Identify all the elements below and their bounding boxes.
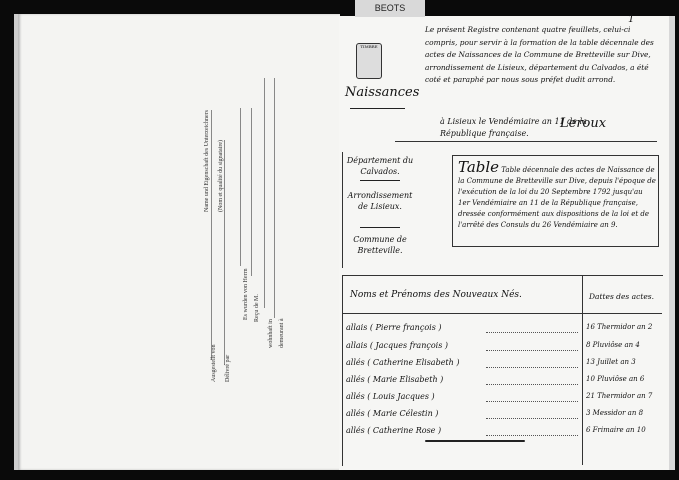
column-header-names: Noms et Prénoms des Nouveaux Nés. [350, 290, 522, 300]
leader-dots [486, 341, 578, 351]
form-line [274, 78, 275, 318]
row-name: allés ( Catherine Rose ) [346, 426, 441, 435]
form-label: demeurant à [279, 319, 285, 348]
departement-label: Département du Calvados. [346, 155, 414, 177]
table-header-text: Table Table décennale des actes de Naiss… [458, 162, 656, 231]
table-row: allés ( Marie Célestin )3 Messidor an 8 [346, 409, 658, 426]
table-row: allés ( Marie Elisabeth )10 Pluviôse an … [346, 375, 658, 392]
table-row: allais ( Jacques françois )8 Pluviôse an… [346, 341, 658, 358]
form-label: wohnhaft in [268, 319, 274, 348]
row-name: allés ( Marie Elisabeth ) [346, 375, 443, 384]
intro-text: Le présent Registre contenant quatre feu… [425, 24, 661, 87]
leader-dots [486, 426, 578, 436]
row-name: allais ( Pierre françois ) [346, 323, 441, 332]
divider [350, 108, 405, 109]
leader-dots [486, 358, 578, 368]
tax-stamp-icon: TIMBRE [356, 43, 382, 79]
form-line [264, 78, 265, 308]
form-line [211, 110, 212, 360]
leader-dots [486, 323, 578, 333]
form-label: (Nom et qualité du signataire) [218, 140, 224, 212]
row-date: 16 Thermidor an 2 [586, 323, 652, 331]
row-date: 13 Juillet an 3 [586, 358, 636, 366]
section-title: Naissances [345, 85, 419, 100]
table-header-big: Table [458, 158, 499, 176]
form-label: Name und Eigenschaft des Unterzeichners [204, 110, 210, 212]
form-label: Délivré par [225, 355, 231, 382]
row-date: 3 Messidor an 8 [586, 409, 643, 417]
row-name: allés ( Louis Jacques ) [346, 392, 435, 401]
leader-dots [486, 409, 578, 419]
divider [360, 227, 400, 228]
form-label: Reçu de M. [254, 294, 260, 322]
form-line [224, 140, 225, 365]
row-date: 8 Pluviôse an 4 [586, 341, 640, 349]
commune-label: Commune de Bretteville. [346, 234, 414, 256]
column-header-dates: Dattes des actes. [589, 292, 654, 301]
row-date: 21 Thermidor an 7 [586, 392, 652, 400]
form-label: Es wurden von Herrn [243, 269, 249, 321]
form-line [240, 108, 241, 266]
row-date: 10 Pluviôse an 6 [586, 375, 644, 383]
left-page [14, 14, 340, 470]
arrondissement-label: Arrondissement de Lisieux. [346, 190, 414, 212]
form-line [251, 108, 252, 276]
row-date: 6 Frimaire an 10 [586, 426, 646, 434]
row-name: allais ( Jacques françois ) [346, 341, 448, 350]
republic-text: République française. [440, 129, 529, 138]
form-label: Ausgestellt von [211, 345, 217, 383]
archive-tab-label: BEOTS [355, 0, 425, 17]
closing-flourish [425, 440, 525, 442]
row-name: allés ( Marie Célestin ) [346, 409, 438, 418]
leader-dots [486, 392, 578, 402]
table-header-body: Table décennale des actes de Naissance d… [458, 166, 656, 229]
row-name: allés ( Catherine Elisabeth ) [346, 358, 459, 367]
header-divider [342, 313, 662, 314]
signature: Leroux [560, 116, 606, 131]
table-row: allais ( Pierre françois )16 Thermidor a… [346, 323, 658, 340]
divider [360, 180, 400, 181]
table-row: allés ( Catherine Elisabeth )13 Juillet … [346, 358, 658, 375]
table-row: allés ( Louis Jacques )21 Thermidor an 7 [346, 392, 658, 409]
divider [395, 141, 657, 142]
leader-dots [486, 375, 578, 385]
